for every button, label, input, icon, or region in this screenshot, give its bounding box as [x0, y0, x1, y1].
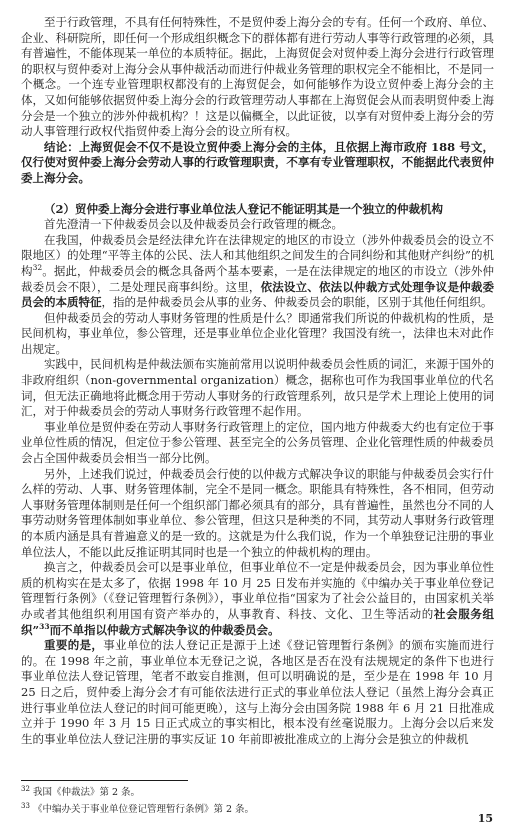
footnote-marker: 33 [21, 801, 30, 809]
footnote: 32 我国《仲裁法》第 2 条。 [21, 785, 494, 802]
footnote-text: 《中编办关于事业单位登记管理暂行条例》第 2 条。 [30, 804, 254, 815]
section-heading: （2）贸仲委上海分会进行事业单位法人登记不能证明其是一个独立的仲裁机构 [21, 202, 494, 218]
page-number: 15 [478, 812, 493, 825]
text-run: 结论：上海贸促会不仅不是设立贸仲委上海分会的主体，且依据上海市政府 188 号文… [21, 140, 494, 185]
text-run: 首先澄清一下仲裁委员会以及仲裁委员会行政管理的概念。 [44, 217, 343, 231]
paragraph: 至于行政管理，不具有任何特殊性，不是贸仲委上海分会的专有。任何一个政府、单位、企… [21, 15, 494, 140]
text-run: 实践中，民间机构是仲裁法颁布实施前常用以说明仲裁委员会性质的词汇，来源于国外的非… [21, 357, 494, 418]
paragraph: 重要的是，事业单位的法人登记正是源于上述《登记管理暂行条例》的颁布实施而进行的。… [21, 638, 494, 747]
paragraph: 实践中，民间机构是仲裁法颁布实施前常用以说明仲裁委员会性质的词汇，来源于国外的非… [21, 357, 494, 419]
paragraph: 换言之，仲裁委员会可以是事业单位，但事业单位不一定是仲裁委员会，因为事业单位性质… [21, 560, 494, 638]
footnotes-list: 32 我国《仲裁法》第 2 条。33 《中编办关于事业单位登记管理暂行条例》第 … [21, 785, 494, 818]
text-run: 至于行政管理，不具有任何特殊性，不是贸仲委上海分会的专有。任何一个政府、单位、企… [21, 15, 494, 138]
text-run: 事业单位的法人登记正是源于上述《登记管理暂行条例》的颁布实施而进行的。在 199… [21, 638, 494, 746]
footnote: 33 《中编办关于事业单位登记管理暂行条例》第 2 条。 [21, 802, 494, 819]
document-body: 至于行政管理，不具有任何特殊性，不是贸仲委上海分会的专有。任何一个政府、单位、企… [21, 15, 494, 747]
paragraph: 另外，上述我们说过，仲裁委员会行使的以仲裁方式解决争议的职能与仲裁委员会实行什么… [21, 467, 494, 561]
paragraph: 首先澄清一下仲裁委员会以及仲裁委员会行政管理的概念。 [21, 217, 494, 233]
text-run: 重要的是， [44, 638, 103, 652]
footnotes: 32 我国《仲裁法》第 2 条。33 《中编办关于事业单位登记管理暂行条例》第 … [21, 780, 494, 818]
text-run: 而不单指以仲裁方式解决争议的仲裁委员会。 [50, 623, 280, 637]
footnote-text: 我国《仲裁法》第 2 条。 [30, 787, 140, 798]
text-run: （2）贸仲委上海分会进行事业单位法人登记不能证明其是一个独立的仲裁机构 [44, 202, 443, 216]
footnote-ref: 32 [33, 263, 43, 272]
paragraph: 在我国，仲裁委员会是经法律允许在法律规定的地区的市设立（涉外仲裁委员会的设立不限… [21, 233, 494, 311]
text-run: 但仲裁委员会的劳动人事财务管理的性质是什么？即通常我们所说的仲裁机构的性质，是民… [21, 311, 494, 356]
paragraph: 但仲裁委员会的劳动人事财务管理的性质是什么？即通常我们所说的仲裁机构的性质，是民… [21, 311, 494, 358]
footnote-separator [21, 780, 188, 781]
footnote-ref: 33 [39, 622, 49, 631]
footnote-marker: 32 [21, 785, 30, 793]
text-run: ，指的是仲裁委员会从事的业务、仲裁委员会的职能，区别于其他任何组织。 [102, 295, 493, 309]
paragraph: 事业单位是贸仲委在劳动人事财务行政管理上的定位，国内地方仲裁委大约也有定位于事业… [21, 420, 494, 467]
text-run: 换言之，仲裁委员会可以是事业单位，但事业单位不一定是仲裁委员会，因为事业单位性质… [21, 560, 494, 621]
text-run: 事业单位是贸仲委在劳动人事财务行政管理上的定位，国内地方仲裁委大约也有定位于事业… [21, 420, 494, 465]
document-page: 至于行政管理，不具有任何特殊性，不是贸仲委上海分会的专有。任何一个政府、单位、企… [0, 0, 515, 838]
text-run: 另外，上述我们说过，仲裁委员会行使的以仲裁方式解决争议的职能与仲裁委员会实行什么… [21, 467, 494, 559]
paragraph: 结论：上海贸促会不仅不是设立贸仲委上海分会的主体，且依据上海市政府 188 号文… [21, 140, 494, 187]
